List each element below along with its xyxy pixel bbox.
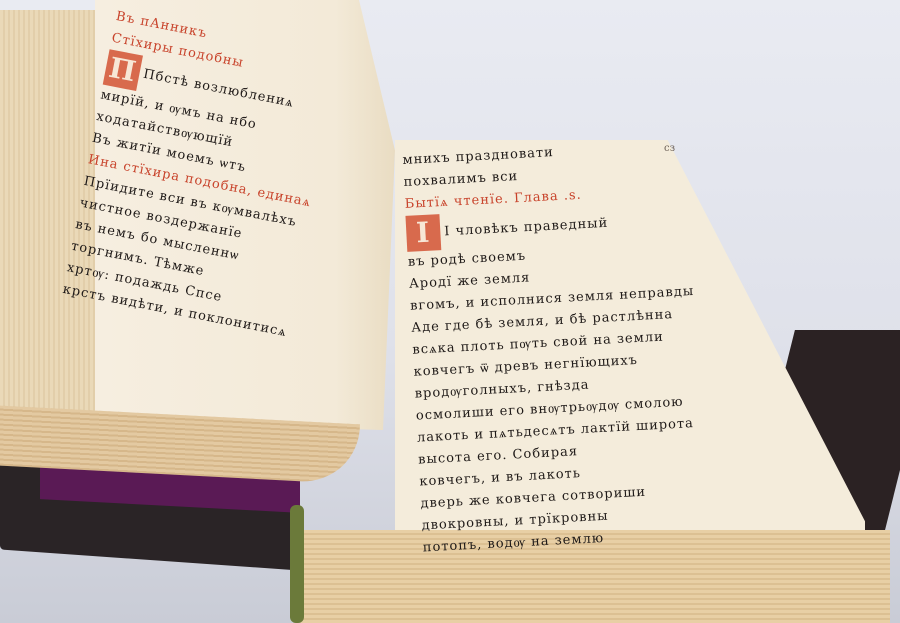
bookmark-ribbon bbox=[290, 505, 304, 623]
photo-scene: Въ пАнникъ Стїхиры подобны ППбстѣ возлюб… bbox=[0, 0, 900, 623]
drop-cap-icon: І bbox=[405, 214, 441, 252]
right-page-text: мнихъ праздновати похвалимъ вси Бытїѧ чт… bbox=[402, 135, 707, 559]
